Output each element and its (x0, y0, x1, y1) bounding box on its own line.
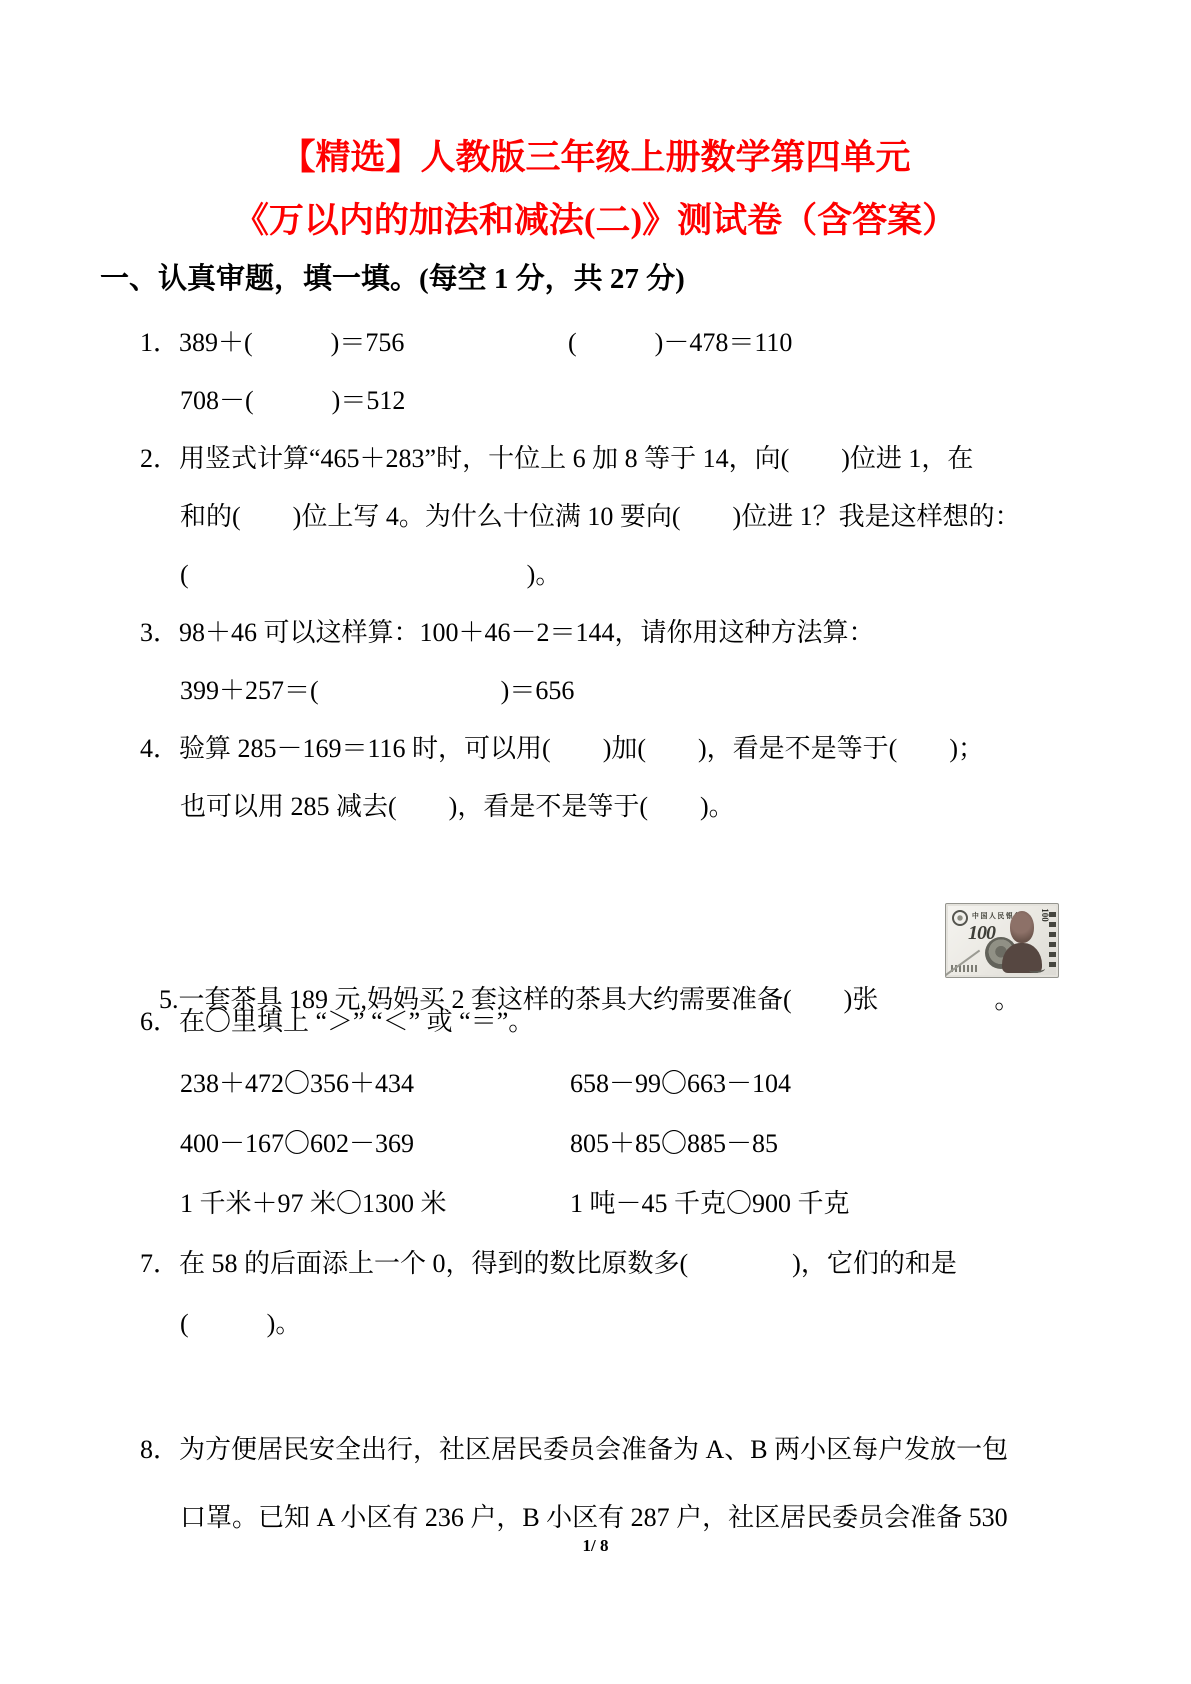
question-3-line-2: 399＋257＝( )＝656 (180, 673, 574, 709)
question-4-line-2: 也可以用 285 减去( )，看是不是等于( )。 (180, 789, 735, 825)
question-1-line-1-right: ( )－478＝110 (568, 325, 792, 361)
banknote-edge-marks (1049, 912, 1056, 970)
banknote-100-yuan-image: 中国人民银行 100 100 (945, 903, 1059, 978)
question-1-line-2: 708－( )＝512 (180, 383, 405, 419)
question-2-line-1: 2．用竖式计算“465＋283”时，十位上 6 加 8 等于 14，向( )位进… (140, 441, 973, 477)
question-6-row-1-left: 238＋472〇356＋434 (180, 1066, 414, 1102)
question-2-line-3: ( )。 (180, 557, 561, 593)
mao-portrait (1001, 909, 1043, 973)
page-number: 1/ 8 (0, 1536, 1191, 1556)
question-7-line-1: 7．在 58 的后面添上一个 0，得到的数比原数多( )，它们的和是 (140, 1246, 957, 1282)
question-3-line-1: 3．98＋46 可以这样算：100＋46－2＝144，请你用这种方法算： (140, 615, 875, 651)
test-paper-page: 【精选】人教版三年级上册数学第四单元 《万以内的加法和减法(二)》测试卷（含答案… (0, 0, 1191, 1684)
question-8-line-1: 8．为方便居民安全出行，社区居民委员会准备为 A、B 两小区每户发放一包 (140, 1432, 1008, 1468)
question-6-row-2-right: 805＋85〇885－85 (570, 1126, 778, 1162)
question-5-period: 。 (994, 985, 1020, 1014)
question-1-line-1-left: 1．389＋( )＝756 (140, 325, 404, 361)
question-6-heading: 6．在〇里填上 “＞” “＜” 或 “＝”。 (140, 1004, 534, 1040)
paper-title-line-2: 《万以内的加法和减法(二)》测试卷（含答案） (0, 199, 1191, 243)
question-6-row-3-right: 1 吨－45 千克〇900 千克 (570, 1186, 850, 1222)
question-2-line-2: 和的( )位上写 4。为什么十位满 10 要向( )位进 1？我是这样想的： (180, 499, 1021, 535)
banknote-vertical-denomination: 100 (1039, 908, 1049, 922)
paper-title-line-1: 【精选】人教版三年级上册数学第四单元 (0, 136, 1191, 180)
question-6-row-2-left: 400－167〇602－369 (180, 1126, 414, 1162)
question-8-line-2: 口罩。已知 A 小区有 236 户，B 小区有 287 户，社区居民委员会准备 … (180, 1500, 1008, 1536)
question-6-row-1-right: 658－99〇663－104 (570, 1066, 791, 1102)
section-1-heading: 一、认真审题，填一填。(每空 1 分，共 27 分) (100, 260, 685, 298)
banknote-diagonal-line (945, 950, 980, 978)
national-emblem-icon (952, 910, 968, 926)
question-7-line-2: ( )。 (180, 1306, 301, 1342)
question-4-line-1: 4．验算 285－169＝116 时，可以用( )加( )，看是不是等于( )； (140, 731, 984, 767)
question-6-row-3-left: 1 千米＋97 米〇1300 米 (180, 1186, 447, 1222)
